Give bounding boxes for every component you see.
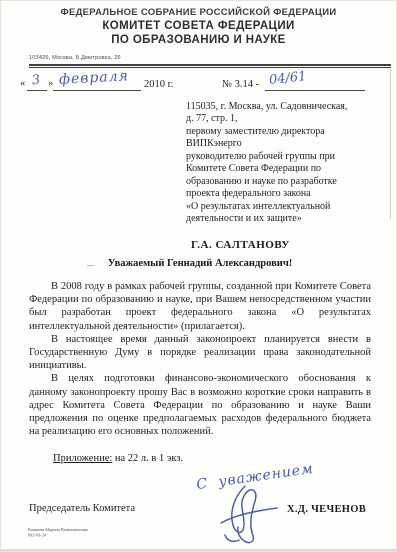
executor-note: Рыжкова Марина Вениаминовна 692-69-24	[28, 528, 88, 539]
org-name-line1: ФЕДЕРАЛЬНОЕ СОБРАНИЕ РОССИЙСКОЙ ФЕДЕРАЦИ…	[1, 7, 396, 18]
recipient-line: первому заместителю директора	[186, 126, 394, 138]
letter-body: В 2008 году в рамках рабочей группы, соз…	[29, 280, 371, 438]
body-paragraph: В целях подготовки финансово-экономическ…	[29, 372, 371, 438]
org-name-line3: ПО ОБРАЗОВАНИЮ И НАУКЕ	[1, 34, 396, 46]
body-paragraph: В настоящее время данный законопроект пл…	[29, 333, 371, 373]
date-year: 2010 г.	[144, 79, 173, 90]
recipient-line: проекта федерального закона	[186, 188, 394, 200]
body-paragraph: В 2008 году в рамках рабочей группы, соз…	[29, 280, 371, 333]
date-day-handwritten: 3	[31, 72, 41, 88]
date-day-underline	[27, 90, 47, 91]
executor-name: Рыжкова Марина Вениаминовна	[28, 528, 88, 533]
date-close-quote: »	[48, 78, 53, 89]
recipient-line: руководителю рабочей группы при	[186, 151, 394, 163]
salutation: Уважаемый Геннадий Александрович!	[29, 258, 371, 269]
outgoing-number-handwritten: 04/61	[268, 69, 307, 88]
recipient-line: Комитете Совета Федерации по	[186, 163, 394, 175]
executor-phone: 692-69-24	[28, 533, 88, 538]
recipient-line: деятельности и их защите»	[186, 213, 394, 225]
signer-title: Председатель Комитета	[29, 503, 135, 514]
date-month-underline	[53, 90, 141, 91]
letterhead-divider	[29, 64, 391, 68]
org-name-line2: КОМИТЕТ СОВЕТА ФЕДЕРАЦИИ	[1, 20, 396, 32]
scan-edge-bottom	[1, 549, 396, 551]
attachment-note: Приложение: на 22 л. в 1 экз.	[53, 453, 183, 464]
recipient-line: 115035, г. Москва, ул. Садовническая,	[186, 101, 394, 113]
date-month-handwritten: февраля	[59, 68, 130, 88]
signature-scribble	[209, 483, 284, 545]
attachment-value: на 22 л. в 1 экз.	[112, 453, 183, 464]
letter-page: ФЕДЕРАЛЬНОЕ СОБРАНИЕ РОССИЙСКОЙ ФЕДЕРАЦИ…	[0, 0, 397, 552]
scan-edge-right	[390, 69, 391, 219]
addressee-name: Г.А. САЛТАНОВУ	[191, 239, 290, 251]
outgoing-number-label: № 3.14 -	[222, 79, 259, 90]
recipient-line: образованию и науке по разработке	[186, 176, 394, 188]
recipient-line: ВИПКэнерго	[186, 138, 394, 150]
signer-name: Х.Д. ЧЕЧЕНОВ	[287, 504, 366, 515]
attachment-label: Приложение:	[53, 453, 112, 464]
letterhead-address: 103426, Москва, Б.Дмитровка, 26	[29, 55, 121, 61]
outgoing-number-underline	[265, 90, 365, 91]
date-open-quote: «	[20, 78, 25, 89]
recipient-line: д. 77, стр. 1,	[186, 113, 394, 125]
recipient-line: «О результатах интеллектуальной	[186, 201, 394, 213]
recipient-address-block: 115035, г. Москва, ул. Садовническая, д.…	[186, 101, 394, 226]
